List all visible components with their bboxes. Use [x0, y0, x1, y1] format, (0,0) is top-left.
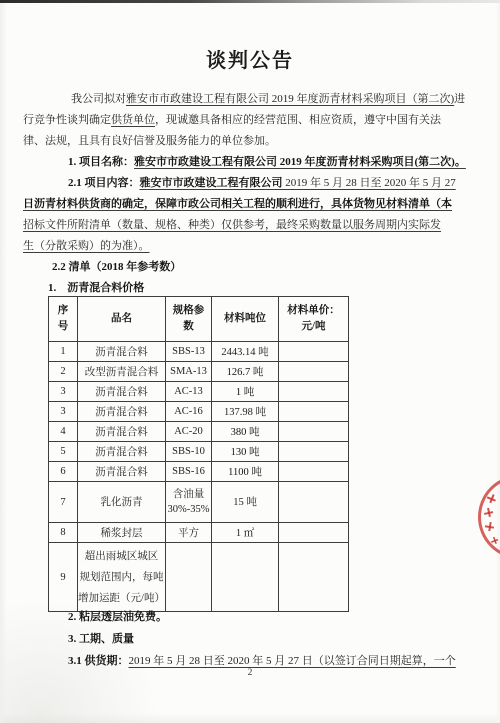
table-cell-name: 沥青混合料: [78, 342, 166, 362]
table-header-cell: 规格参 数: [166, 297, 212, 342]
table-cell-no: 4: [49, 422, 78, 442]
text-segment: 进: [454, 93, 465, 105]
table-cell-spec: [166, 543, 212, 612]
table-cell-price: [279, 422, 349, 442]
text-segment: 行竞争性谈判确定: [23, 114, 111, 126]
table-cell-spec: SMA-13: [166, 362, 212, 382]
table-cell-spec: AC-13: [166, 382, 212, 402]
table-cell-price: [279, 523, 349, 543]
table-row: 6沥青混合料SBS-161100 吨: [49, 462, 349, 482]
table-row: 1沥青混合料SBS-132443.14 吨: [49, 342, 349, 362]
table-cell-price: [279, 543, 349, 612]
text-line: 律、法规，且具有良好信誉及服务能力的单位参加。: [23, 131, 500, 152]
seal-character-mark: [490, 536, 499, 545]
text-segment: ，现诚邀具备相应的经营范围、相应资质，遵守中国有关法: [155, 114, 441, 126]
text-segment: 2. 粘层透层油免费。: [68, 611, 167, 623]
table-cell-tonnage: 2443.14 吨: [212, 342, 279, 362]
table-cell-name: 稀浆封层: [78, 523, 166, 543]
table-cell-tonnage: [212, 543, 279, 612]
text-segment: 2.1 项目内容：: [68, 177, 140, 189]
text-segment: 雅安市市政建设工程有限公司 2019 年度沥青材料采购项目（第二次): [126, 93, 454, 105]
seal-character-mark: [484, 521, 494, 531]
table-header-cell: 材料吨位: [212, 297, 279, 342]
page-title: 谈判公告: [0, 44, 500, 73]
closing-text: 2. 粘层透层油免费。3. 工期、质量3.1 供货期：2019 年 5 月 28…: [23, 606, 500, 672]
table-cell-name: 沥青混合料: [78, 402, 166, 422]
table-row: 3沥青混合料AC-131 吨: [49, 382, 349, 402]
table-cell-tonnage: 15 吨: [212, 482, 279, 523]
table-cell-spec: SBS-13: [166, 342, 212, 362]
table-cell-tonnage: 1 ㎡: [212, 523, 279, 543]
table-cell-no: 2: [49, 362, 78, 382]
table-cell-name: 改型沥青混合料: [78, 362, 166, 382]
text-segment: 雅安市市政建设工程有限公司: [140, 177, 283, 189]
body-text: 我公司拟对雅安市市政建设工程有限公司 2019 年度沥青材料采购项目（第二次)进…: [23, 89, 500, 299]
table-header-cell: 序 号: [49, 297, 78, 342]
table-cell-name: 沥青混合料: [78, 382, 166, 402]
text-segment: 3.1 供货期：: [68, 655, 129, 667]
table-cell-price: [279, 382, 349, 402]
table-cell-price: [279, 462, 349, 482]
table-cell-spec: SBS-10: [166, 442, 212, 462]
table-cell-tonnage: 380 吨: [212, 422, 279, 442]
text-segment: 我公司拟对: [71, 93, 126, 105]
price-table: 序 号品名规格参 数材料吨位材料单价： 元/吨 1沥青混合料SBS-132443…: [48, 296, 349, 612]
table-cell-tonnage: 126.7 吨: [212, 362, 279, 382]
text-line: 日沥青材料供货商的确定，保障市政公司相关工程的顺利进行，具体货物见材料清单（本: [23, 194, 500, 215]
text-segment: 雅安市市政建设工程有限公司 2019 年度沥青材料采购项目(第二次)。: [134, 156, 466, 168]
table-cell-name: 超出雨城区城区 规划范围内，每吨 增加运距（元/吨）: [78, 543, 166, 612]
table-row: 7乳化沥青含油量 30%-35%15 吨: [49, 482, 349, 523]
text-line: 3. 工期、质量: [23, 628, 500, 650]
table-row: 8稀浆封层平方1 ㎡: [49, 523, 349, 543]
seal-character-mark: [486, 493, 498, 505]
text-line: 2. 粘层透层油免费。: [23, 606, 500, 628]
table-cell-tonnage: 130 吨: [212, 442, 279, 462]
table-cell-spec: AC-20: [166, 422, 212, 442]
table-cell-price: [279, 342, 349, 362]
text-segment: 日沥青材料供货商的确定，保障市政公司相关工程的顺利进行，具体货物见材料清单（本: [23, 198, 452, 210]
table-cell-no: 5: [49, 442, 78, 462]
table-cell-no: 6: [49, 462, 78, 482]
text-segment: 供货单位: [111, 114, 155, 126]
table-cell-no: 7: [49, 482, 78, 523]
text-segment: 3. 工期、质量: [68, 633, 134, 645]
table-cell-tonnage: 1 吨: [212, 382, 279, 402]
table-cell-spec: 平方: [166, 523, 212, 543]
scan-edge-artifact: [0, 0, 500, 3]
table-row: 3沥青混合料AC-16137.98 吨: [49, 402, 349, 422]
table-cell-tonnage: 137.98 吨: [212, 402, 279, 422]
text-segment: 招标文件所附清单（数量、规格、种类）仅供参考，最终采购数量以服务周期内实际发: [23, 219, 441, 231]
table-cell-name: 沥青混合料: [78, 422, 166, 442]
table-cell-name: 乳化沥青: [78, 482, 166, 523]
text-line: 我公司拟对雅安市市政建设工程有限公司 2019 年度沥青材料采购项目（第二次)进: [23, 89, 500, 110]
table-cell-name: 沥青混合料: [78, 462, 166, 482]
table-cell-spec: 含油量 30%-35%: [166, 482, 212, 523]
text-line: 行竞争性谈判确定供货单位，现诚邀具备相应的经营范围、相应资质，遵守中国有关法: [23, 110, 500, 131]
text-line: 2.2 清单（2018 年参考数）: [23, 257, 500, 278]
text-segment: 1. 沥青混合料价格: [48, 282, 144, 294]
table-cell-spec: SBS-16: [166, 462, 212, 482]
seal-character-mark: [483, 507, 494, 518]
table-cell-name: 沥青混合料: [78, 442, 166, 462]
table-cell-no: 8: [49, 523, 78, 543]
table-cell-tonnage: 1100 吨: [212, 462, 279, 482]
table-row: 9超出雨城区城区 规划范围内，每吨 增加运距（元/吨）: [49, 543, 349, 612]
text-line: 生（分散采购）的为准）。: [23, 236, 500, 257]
table-cell-no: 3: [49, 402, 78, 422]
text-line: 2.1 项目内容：雅安市市政建设工程有限公司 2019 年 5 月 28 日至 …: [23, 173, 500, 194]
text-segment: 生（分散采购）的为准）。: [23, 240, 150, 252]
table-cell-price: [279, 482, 349, 523]
document-page: 谈判公告 我公司拟对雅安市市政建设工程有限公司 2019 年度沥青材料采购项目（…: [0, 0, 500, 723]
text-line: 1. 项目名称：雅安市市政建设工程有限公司 2019 年度沥青材料采购项目(第二…: [23, 152, 500, 173]
text-segment: 2.2 清单（2018 年参考数）: [52, 261, 181, 273]
table-header-row: 序 号品名规格参 数材料吨位材料单价： 元/吨: [49, 297, 349, 342]
table-header-cell: 品名: [78, 297, 166, 342]
table-row: 4沥青混合料AC-20380 吨: [49, 422, 349, 442]
red-seal-stamp: [478, 475, 500, 559]
table-header-cell: 材料单价： 元/吨: [279, 297, 349, 342]
table-cell-no: 3: [49, 382, 78, 402]
table-row: 5沥青混合料SBS-10130 吨: [49, 442, 349, 462]
text-segment: 律、法规，且具有良好信誉及服务能力的单位参加。: [23, 135, 276, 147]
page-number: 2: [0, 668, 500, 678]
table-row: 2改型沥青混合料SMA-13126.7 吨: [49, 362, 349, 382]
table-cell-price: [279, 442, 349, 462]
text-segment: 2019 年 5 月 28 日至 2020 年 5 月 27: [283, 177, 456, 189]
table-cell-no: 9: [49, 543, 78, 612]
text-line: 招标文件所附清单（数量、规格、种类）仅供参考，最终采购数量以服务周期内实际发: [23, 215, 500, 236]
table-cell-no: 1: [49, 342, 78, 362]
table-cell-price: [279, 362, 349, 382]
table-cell-price: [279, 402, 349, 422]
table-cell-spec: AC-16: [166, 402, 212, 422]
text-segment: 2019 年 5 月 28 日至 2020 年 5 月 27 日（以签订合同日期…: [129, 655, 456, 667]
text-segment: 1. 项目名称：: [68, 156, 134, 168]
